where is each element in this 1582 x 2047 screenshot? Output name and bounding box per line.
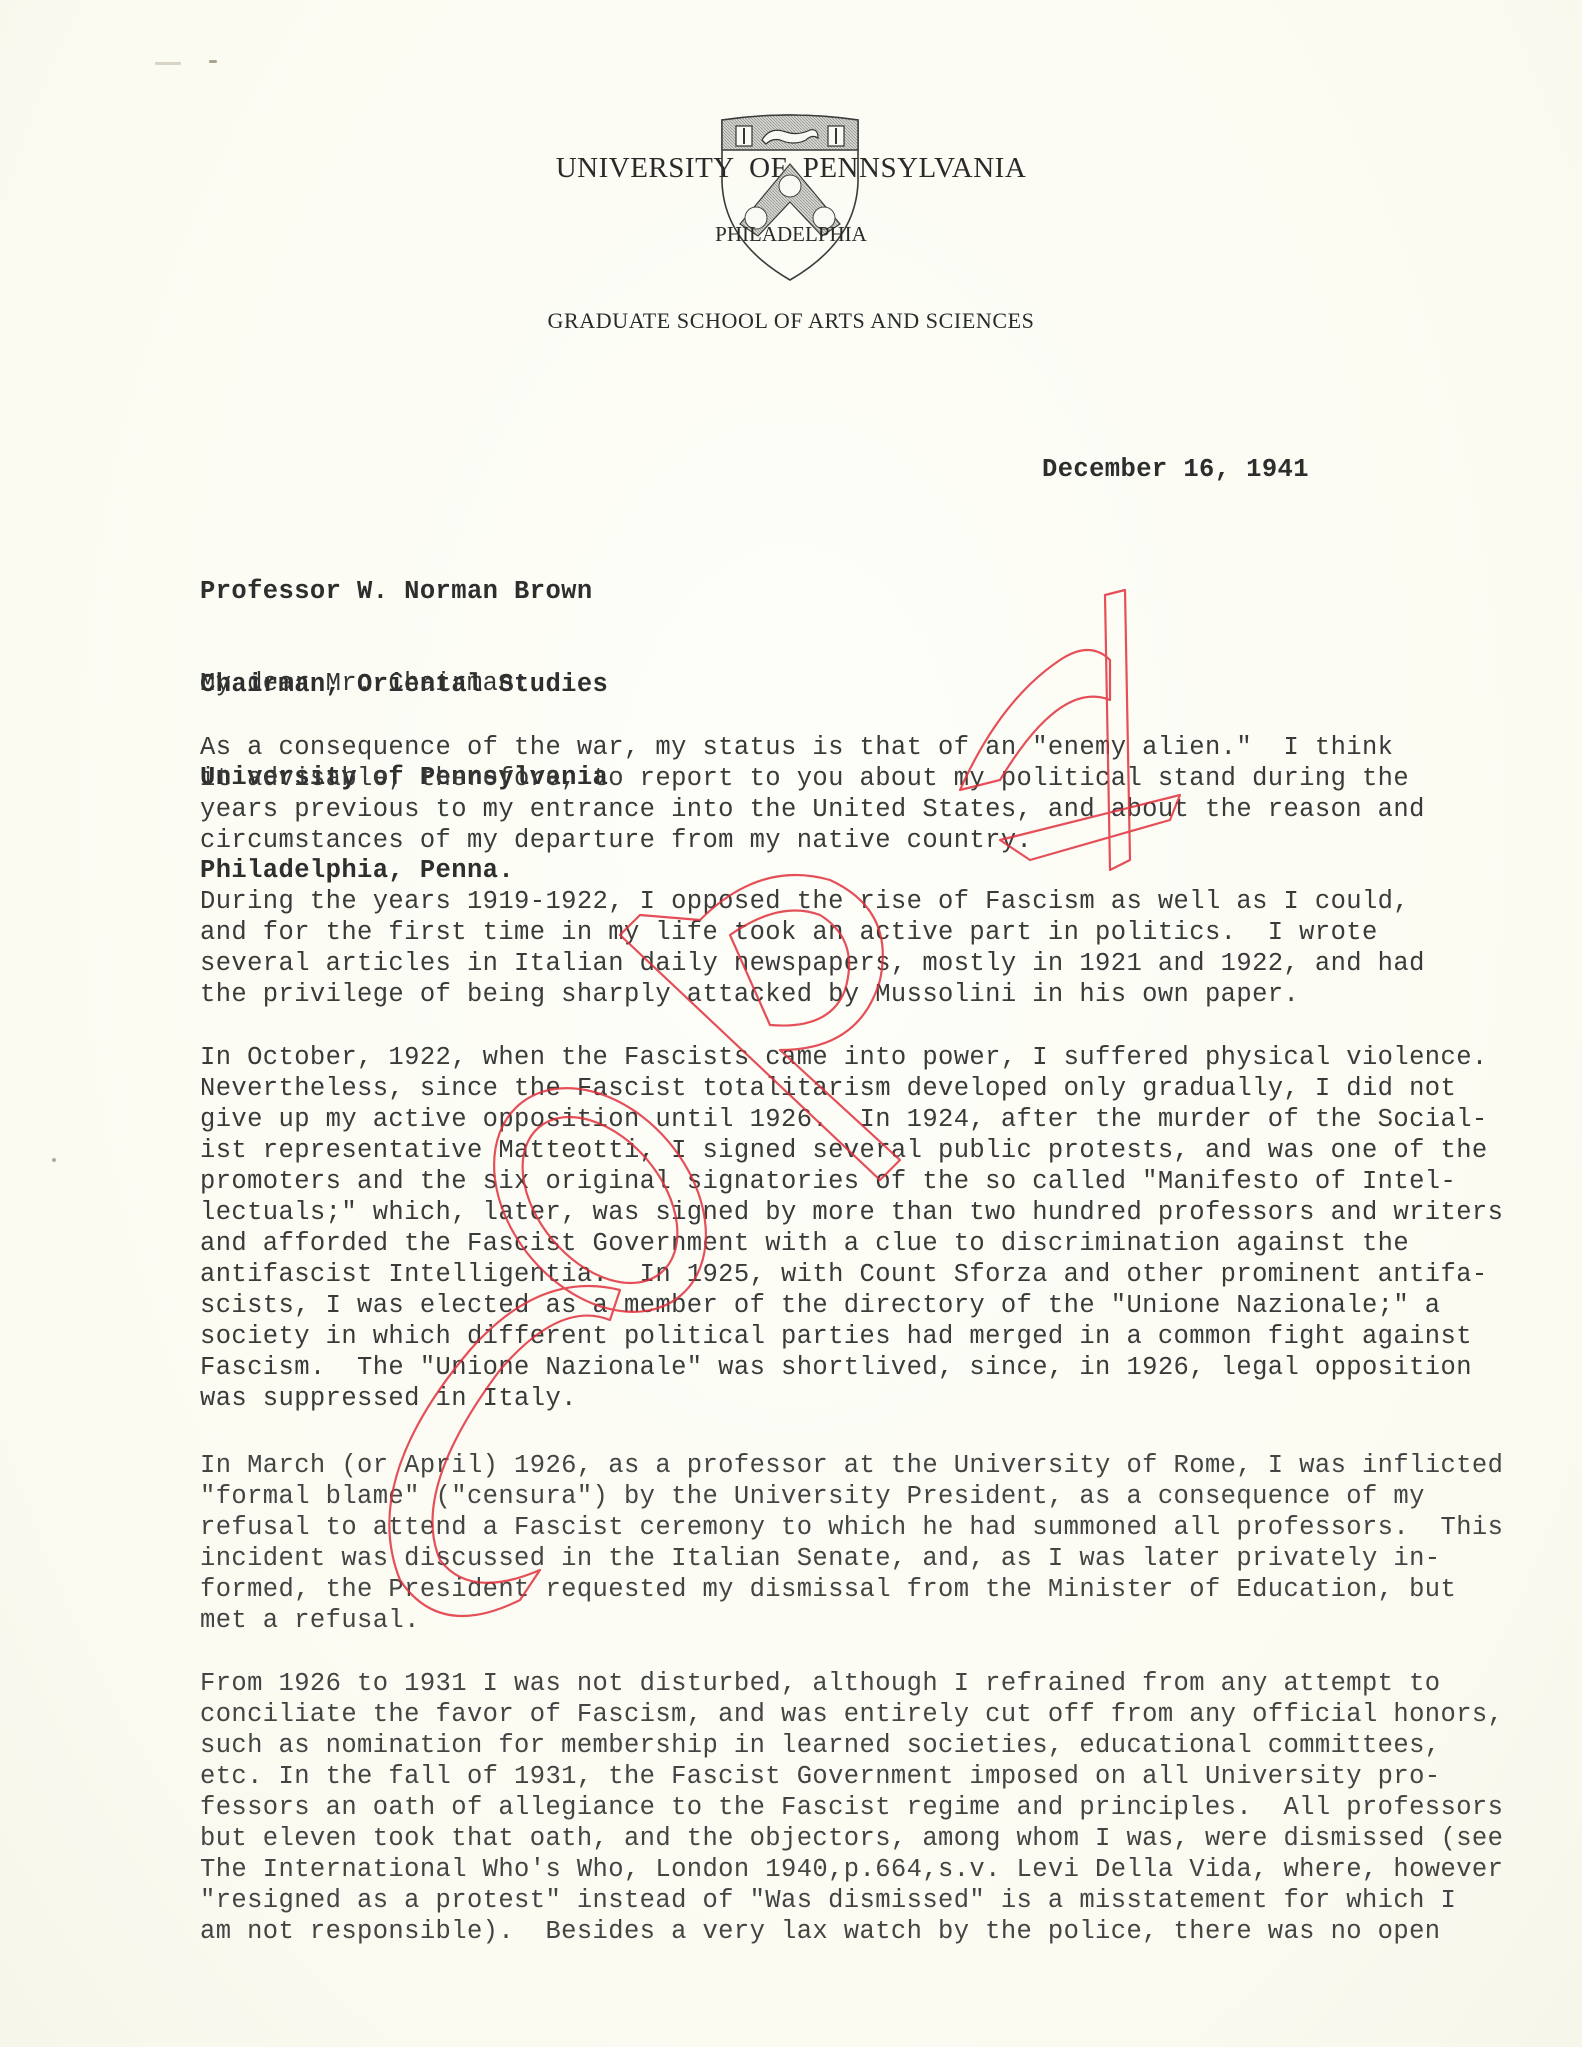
paragraph-line: etc. In the fall of 1931, the Fascist Go… bbox=[200, 1761, 1503, 1792]
paper-speck bbox=[52, 1158, 56, 1162]
paragraph-line: was suppressed in Italy. bbox=[200, 1383, 1503, 1414]
paragraph-line: During the years 1919-1922, I opposed th… bbox=[200, 886, 1425, 917]
paragraph-line: met a refusal. bbox=[200, 1605, 1503, 1636]
address-line: Professor W. Norman Brown bbox=[200, 576, 608, 607]
paragraph-line: ist representative Matteotti, I signed s… bbox=[200, 1135, 1503, 1166]
address-line: Philadelphia, Penna. bbox=[200, 855, 608, 886]
paragraph-line: formed, the President requested my dismi… bbox=[200, 1574, 1503, 1605]
university-shield-crest-icon bbox=[718, 112, 862, 282]
paragraph-line: antifascist Intelligentia. In 1925, with… bbox=[200, 1259, 1503, 1290]
paragraph-1926-1931: From 1926 to 1931 I was not disturbed, a… bbox=[200, 1668, 1503, 1947]
paragraph-line: but eleven took that oath, and the objec… bbox=[200, 1823, 1503, 1854]
paragraph-line: lectuals;" which, later, was signed by m… bbox=[200, 1197, 1503, 1228]
paragraph-line: and afforded the Fascist Government with… bbox=[200, 1228, 1503, 1259]
paragraph-line: give up my active opposition until 1926.… bbox=[200, 1104, 1503, 1135]
paragraph-line: society in which different political par… bbox=[200, 1321, 1503, 1352]
paragraph-line: circumstances of my departure from my na… bbox=[200, 825, 1425, 856]
paragraph-october-1922: In October, 1922, when the Fascists came… bbox=[200, 1042, 1503, 1414]
paragraph-line: From 1926 to 1931 I was not disturbed, a… bbox=[200, 1668, 1503, 1699]
letter-page: UNIVERSITY OF PENNSYLVANIA PHILADELPHIA … bbox=[0, 0, 1582, 2047]
paragraph-line: and for the first time in my life took a… bbox=[200, 917, 1425, 948]
school-name: GRADUATE SCHOOL OF ARTS AND SCIENCES bbox=[0, 308, 1582, 334]
paragraph-line: such as nomination for membership in lea… bbox=[200, 1730, 1503, 1761]
paragraph-line: scists, I was elected as a member of the… bbox=[200, 1290, 1503, 1321]
institution-city: PHILADELPHIA bbox=[0, 222, 1582, 247]
paragraph-line: As a consequence of the war, my status i… bbox=[200, 732, 1425, 763]
paragraph-march-1926: In March (or April) 1926, as a professor… bbox=[200, 1450, 1503, 1636]
letterhead: UNIVERSITY OF PENNSYLVANIA PHILADELPHIA … bbox=[0, 0, 1582, 340]
recipient-address: Professor W. Norman Brown Chairman, Orie… bbox=[200, 514, 608, 948]
paragraph-enemy-alien: As a consequence of the war, my status i… bbox=[200, 732, 1425, 856]
paragraph-line: promoters and the six original signatori… bbox=[200, 1166, 1503, 1197]
institution-name: UNIVERSITY OF PENNSYLVANIA bbox=[0, 152, 1582, 185]
paragraph-line: it advisable, therefore, to report to yo… bbox=[200, 763, 1425, 794]
letter-date: December 16, 1941 bbox=[1042, 454, 1309, 485]
paragraph-line: incident was discussed in the Italian Se… bbox=[200, 1543, 1503, 1574]
salutation: My dear Mr. Chairman: bbox=[200, 668, 530, 699]
paragraph-line: "resigned as a protest" instead of "Was … bbox=[200, 1885, 1503, 1916]
paragraph-line: several articles in Italian daily newspa… bbox=[200, 948, 1425, 979]
paragraph-line: refusal to attend a Fascist ceremony to … bbox=[200, 1512, 1503, 1543]
paragraph-1919-1922: During the years 1919-1922, I opposed th… bbox=[200, 886, 1425, 1010]
paragraph-line: am not responsible). Besides a very lax … bbox=[200, 1916, 1503, 1947]
paragraph-line: years previous to my entrance into the U… bbox=[200, 794, 1425, 825]
paragraph-line: fessors an oath of allegiance to the Fas… bbox=[200, 1792, 1503, 1823]
paragraph-line: In March (or April) 1926, as a professor… bbox=[200, 1450, 1503, 1481]
paragraph-line: Fascism. The "Unione Nazionale" was shor… bbox=[200, 1352, 1503, 1383]
paragraph-line: In October, 1922, when the Fascists came… bbox=[200, 1042, 1503, 1073]
paragraph-line: The International Who's Who, London 1940… bbox=[200, 1854, 1503, 1885]
paragraph-line: conciliate the favor of Fascism, and was… bbox=[200, 1699, 1503, 1730]
paragraph-line: Nevertheless, since the Fascist totalita… bbox=[200, 1073, 1503, 1104]
paragraph-line: the privilege of being sharply attacked … bbox=[200, 979, 1425, 1010]
paragraph-line: "formal blame" ("censura") by the Univer… bbox=[200, 1481, 1503, 1512]
